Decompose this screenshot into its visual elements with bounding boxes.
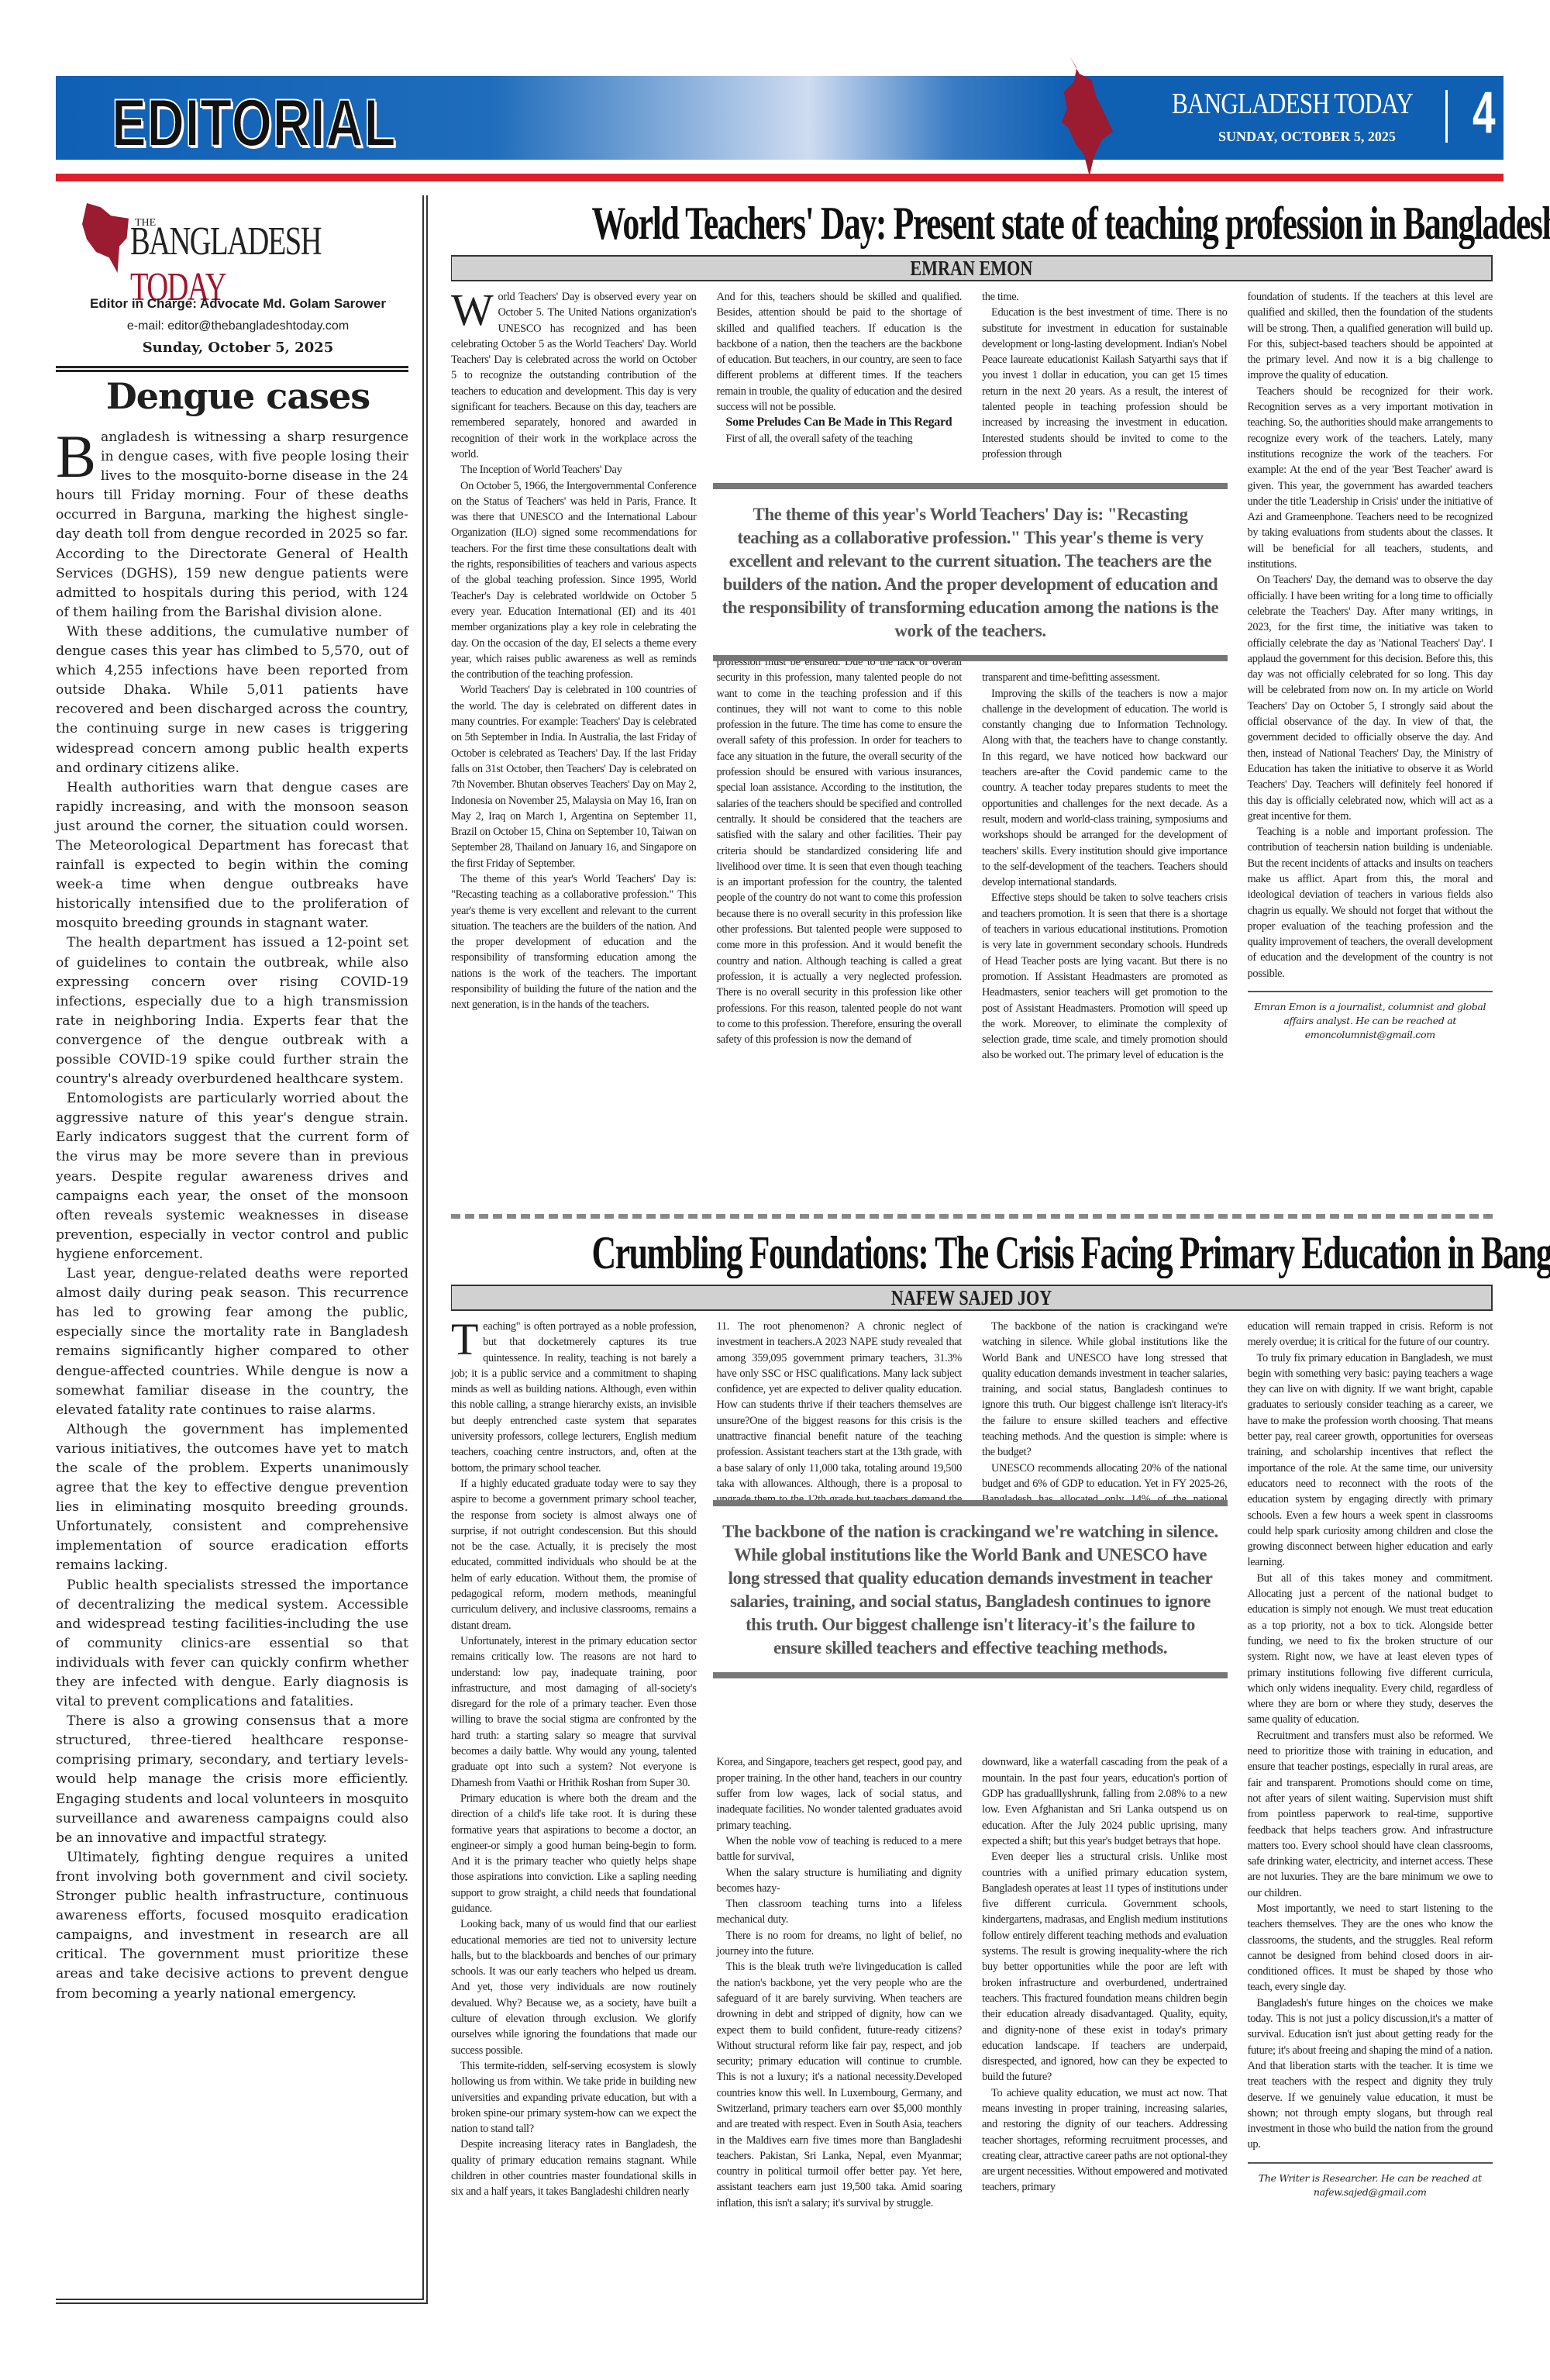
paragraph: To achieve quality education, we must ac… <box>982 2085 1228 2195</box>
dashed-separator <box>451 1214 1493 1219</box>
drop-cap: T <box>451 1322 483 1357</box>
paragraph: Education is the best investment of time… <box>982 305 1228 462</box>
column-2: And for this, teachers should be skilled… <box>717 289 963 1064</box>
column-4: foundation of students. If the teachers … <box>1248 289 1493 1064</box>
paragraph: Looking back, many of us would find that… <box>451 1916 697 2058</box>
author-bio: The Writer is Researcher. He can be reac… <box>1248 2162 1493 2199</box>
paragraph: The health department has issued a 12-po… <box>56 933 408 1089</box>
byline-bar: EMRAN EMON <box>451 255 1493 281</box>
paragraph: There is no room for dreams, no light of… <box>717 1928 963 1960</box>
column-3: the time. Education is the best investme… <box>982 289 1228 1064</box>
red-rule <box>56 174 1503 181</box>
article-headline[interactable]: World Teachers' Day: Present state of te… <box>591 197 1352 250</box>
paragraph: On October 5, 1966, the Intergovernmenta… <box>451 478 697 683</box>
author-name: NAFEW SAJED JOY <box>891 1286 1052 1309</box>
paragraph: Health authorities warn that dengue case… <box>56 778 408 934</box>
paragraph: On Teachers' Day, the demand was to obse… <box>1248 572 1493 824</box>
section-subhead: Some Preludes Can Be Made in This Regard <box>717 415 963 430</box>
editorial-body: Bangladesh is witnessing a sharp resurge… <box>56 428 408 2004</box>
bangladesh-map-icon <box>82 203 129 273</box>
logo-bangladesh: BANGLADESH <box>130 219 321 264</box>
paragraph: profession must be ensured. Due to the l… <box>717 654 963 1047</box>
article-world-teachers-day: World Teachers' Day: Present state of te… <box>451 197 1493 1064</box>
paragraph: If a highly educated graduate today were… <box>451 1476 697 1633</box>
paragraph: Unfortunately, interest in the primary e… <box>451 1633 697 1791</box>
article-columns: World Teachers' Day is observed every ye… <box>451 289 1493 1064</box>
paragraph: Although the government has implemented … <box>56 1420 408 1576</box>
paragraph: downward, like a waterfall cascading fro… <box>982 1754 1228 1849</box>
column-1: Teaching" is often portrayed as a noble … <box>451 1319 697 2211</box>
paragraph: When the salary structure is humiliating… <box>717 1865 963 1897</box>
column-1: World Teachers' Day is observed every ye… <box>451 289 697 1064</box>
paragraph: the time. <box>982 289 1228 305</box>
newspaper-logo[interactable]: THE BANGLADESH TODAY <box>82 203 408 281</box>
bangladesh-map-icon <box>1057 56 1113 176</box>
editor-in-charge: Editor in Charge: Advocate Md. Golam Sar… <box>56 296 420 312</box>
paragraph: To truly fix primary education in Bangla… <box>1248 1350 1493 1571</box>
paragraph: With these additions, the cumulative num… <box>56 623 408 778</box>
column-2: 11. The root phenomenon? A chronic negle… <box>717 1319 963 2211</box>
paragraph: There is also a growing consensus that a… <box>56 1712 408 1848</box>
paragraph: Effective steps should be taken to solve… <box>982 890 1228 1063</box>
paragraph: Bangladesh is witnessing a sharp resurge… <box>56 428 408 623</box>
paragraph: Ultimately, fighting dengue requires a u… <box>56 1848 408 2004</box>
issue-date: SUNDAY, OCTOBER 5, 2025 <box>1218 129 1396 145</box>
editor-email[interactable]: e-mail: editor@thebangladeshtoday.com <box>56 319 420 333</box>
editorial-title: Dengue cases <box>56 375 420 417</box>
paragraph: Then classroom teaching turns into a lif… <box>717 1896 963 1928</box>
masthead-banner: EDITORIAL BANGLADESH TODAY SUNDAY, OCTOB… <box>56 76 1503 160</box>
paragraph: Primary education is where both the drea… <box>451 1791 697 1916</box>
paragraph: Entomologists are particularly worried a… <box>56 1089 408 1264</box>
paragraph: Bangladesh's future hinges on the choice… <box>1248 1995 1493 2153</box>
paragraph: Teaching is a noble and important profes… <box>1248 824 1493 981</box>
byline-bar: NAFEW SAJED JOY <box>451 1285 1493 1311</box>
paragraph: World Teachers' Day is celebrated in 100… <box>451 682 697 871</box>
paragraph: Public health specialists stressed the i… <box>56 1576 408 1713</box>
column-4: education will remain trapped in crisis.… <box>1248 1319 1493 2211</box>
paragraph: Teaching" is often portrayed as a noble … <box>451 1319 697 1476</box>
pull-quote: The theme of this year's World Teachers'… <box>713 483 1228 661</box>
newspaper-brand[interactable]: BANGLADESH TODAY <box>1172 87 1413 121</box>
paragraph: The backbone of the nation is crackingan… <box>982 1319 1228 1461</box>
paragraph: Most importantly, we need to start liste… <box>1248 1901 1493 1995</box>
article-columns: Teaching" is often portrayed as a noble … <box>451 1319 1493 2211</box>
paragraph: First of all, the overall safety of the … <box>717 431 963 447</box>
author-bio: Emran Emon is a journalist, columnist an… <box>1248 991 1493 1042</box>
paragraph: Last year, dengue-related deaths were re… <box>56 1264 408 1420</box>
editorial-column: THE BANGLADESH TODAY Editor in Charge: A… <box>56 195 428 2304</box>
paragraph: And for this, teachers should be skilled… <box>717 289 963 415</box>
paragraph: But all of this takes money and commitme… <box>1248 1571 1493 1728</box>
paragraph: Teachers should be recognized for their … <box>1248 384 1493 573</box>
author-name: EMRAN EMON <box>910 257 1032 280</box>
section-subhead: The Inception of World Teachers' Day <box>451 462 697 478</box>
paragraph: Despite increasing literacy rates in Ban… <box>451 2137 697 2199</box>
paragraph: The theme of this year's World Teachers'… <box>451 871 697 1013</box>
paragraph: This termite-ridden, self-serving ecosys… <box>451 2058 697 2137</box>
pull-quote: The backbone of the nation is crackingan… <box>713 1500 1228 1678</box>
double-rule <box>56 366 408 372</box>
drop-cap: W <box>451 292 498 328</box>
paragraph: Korea, and Singapore, teachers get respe… <box>717 1754 963 1833</box>
paragraph: World Teachers' Day is observed every ye… <box>451 289 697 462</box>
paragraph: Improving the skills of the teachers is … <box>982 686 1228 891</box>
page-number: 4 <box>1472 79 1496 147</box>
paragraph: transparent and time-befitting assessmen… <box>982 670 1228 685</box>
section-title: EDITORIAL <box>112 85 396 162</box>
paragraph: education will remain trapped in crisis.… <box>1248 1319 1493 1350</box>
paragraph: Even deeper lies a structural crisis. Un… <box>982 1849 1228 2085</box>
masthead-divider <box>1445 90 1448 143</box>
paragraph: Recruitment and transfers must also be r… <box>1248 1728 1493 1901</box>
paragraph: foundation of students. If the teachers … <box>1248 289 1493 384</box>
paragraph: This is the bleak truth we're livingeduc… <box>717 1959 963 2211</box>
editorial-date: Sunday, October 5, 2025 <box>56 340 420 356</box>
drop-cap: B <box>56 433 101 481</box>
column-3: The backbone of the nation is crackingan… <box>982 1319 1228 2211</box>
paragraph: When the noble vow of teaching is reduce… <box>717 1833 963 1865</box>
article-headline[interactable]: Crumbling Foundations: The Crisis Facing… <box>591 1226 1352 1280</box>
article-crumbling-foundations: Crumbling Foundations: The Crisis Facing… <box>451 1226 1493 2211</box>
